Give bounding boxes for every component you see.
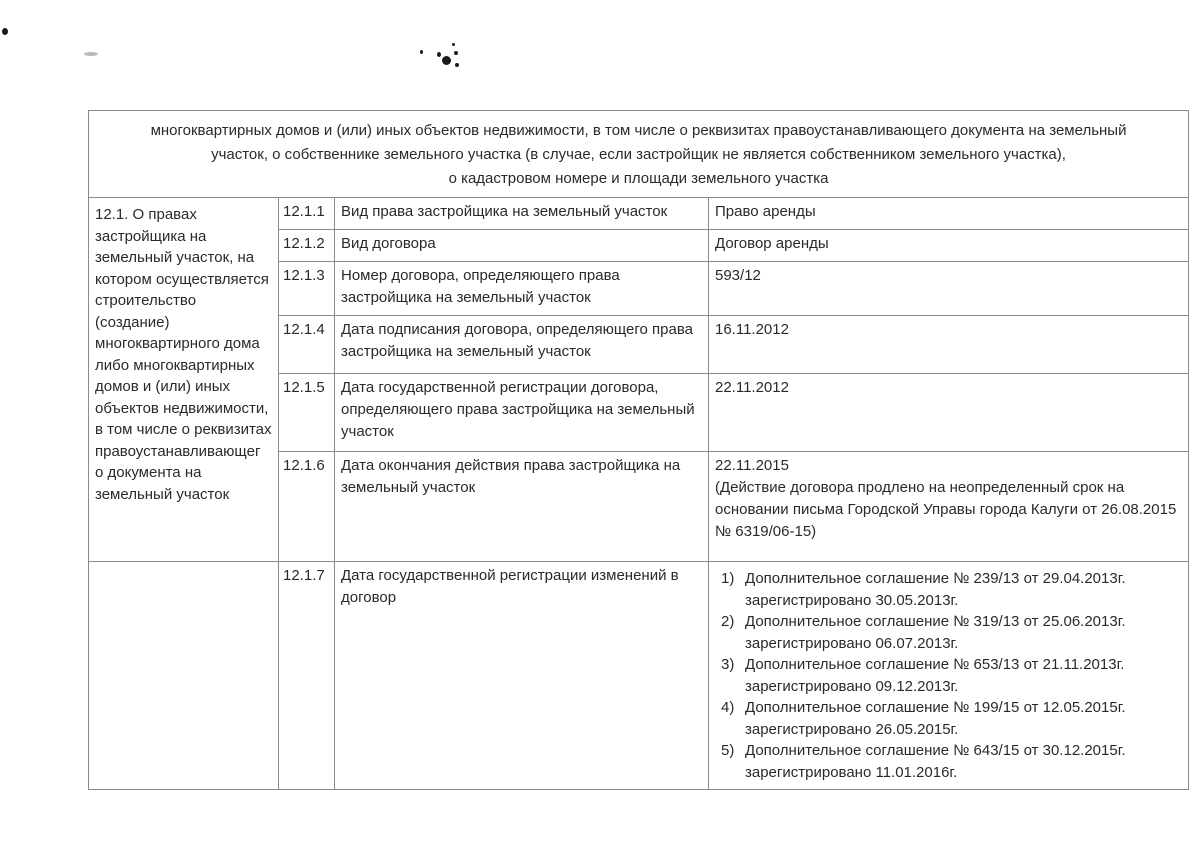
scan-speck: [455, 63, 459, 67]
row-value: Договор аренды: [709, 230, 1189, 262]
scan-speck: [442, 56, 451, 65]
row-label: Дата окончания действия права застройщик…: [335, 452, 709, 562]
scan-speck: [454, 51, 458, 55]
empty-cell: [89, 562, 279, 790]
heading-line: участок, о собственнике земельного участ…: [99, 143, 1178, 167]
list-item: 1)Дополнительное соглашение № 239/13 от …: [721, 568, 1182, 611]
scan-speck: [2, 28, 8, 35]
table-heading-row: многоквартирных домов и (или) иных объек…: [89, 111, 1189, 198]
section-title: 12.1. О правах застройщика на земельный …: [89, 198, 279, 562]
row-number: 12.1.6: [279, 452, 335, 562]
row-label: Вид договора: [335, 230, 709, 262]
list-item: 3)Дополнительное соглашение № 653/13 от …: [721, 654, 1182, 697]
heading-line: о кадастровом номере и площади земельног…: [99, 167, 1178, 191]
row-value: Право аренды: [709, 198, 1189, 230]
row-value: 593/12: [709, 262, 1189, 316]
row-label: Дата государственной регистрации изменен…: [335, 562, 709, 790]
table-row: 12.1. О правах застройщика на земельный …: [89, 198, 1189, 230]
table-row: 12.1.7 Дата государственной регистрации …: [89, 562, 1189, 790]
list-item: 2)Дополнительное соглашение № 319/13 от …: [721, 611, 1182, 654]
amendments-list: 1)Дополнительное соглашение № 239/13 от …: [721, 568, 1182, 783]
row-number: 12.1.1: [279, 198, 335, 230]
row-number: 12.1.5: [279, 374, 335, 452]
list-item: 4)Дополнительное соглашение № 199/15 от …: [721, 697, 1182, 740]
row-value: 22.11.2012: [709, 374, 1189, 452]
land-rights-table: многоквартирных домов и (или) иных объек…: [88, 110, 1189, 790]
row-label: Вид права застройщика на земельный участ…: [335, 198, 709, 230]
row-label: Номер договора, определяющего права заст…: [335, 262, 709, 316]
heading-line: многоквартирных домов и (или) иных объек…: [99, 119, 1178, 143]
row-value: 16.11.2012: [709, 316, 1189, 374]
row-number: 12.1.2: [279, 230, 335, 262]
row-value-note: (Действие договора продлено на неопредел…: [715, 477, 1182, 543]
scan-speck: [84, 52, 98, 56]
row-number: 12.1.4: [279, 316, 335, 374]
row-number: 12.1.3: [279, 262, 335, 316]
row-value: 22.11.2015 (Действие договора продлено н…: [709, 452, 1189, 562]
row-value: 1)Дополнительное соглашение № 239/13 от …: [709, 562, 1189, 790]
scan-speck: [420, 50, 423, 54]
list-item: 5)Дополнительное соглашение № 643/15 от …: [721, 740, 1182, 783]
scan-speck: [437, 52, 441, 57]
row-label: Дата государственной регистрации договор…: [335, 374, 709, 452]
scan-speck: [452, 43, 455, 46]
table-heading: многоквартирных домов и (или) иных объек…: [89, 111, 1189, 198]
row-number: 12.1.7: [279, 562, 335, 790]
row-label: Дата подписания договора, определяющего …: [335, 316, 709, 374]
row-value-date: 22.11.2015: [715, 455, 1182, 477]
